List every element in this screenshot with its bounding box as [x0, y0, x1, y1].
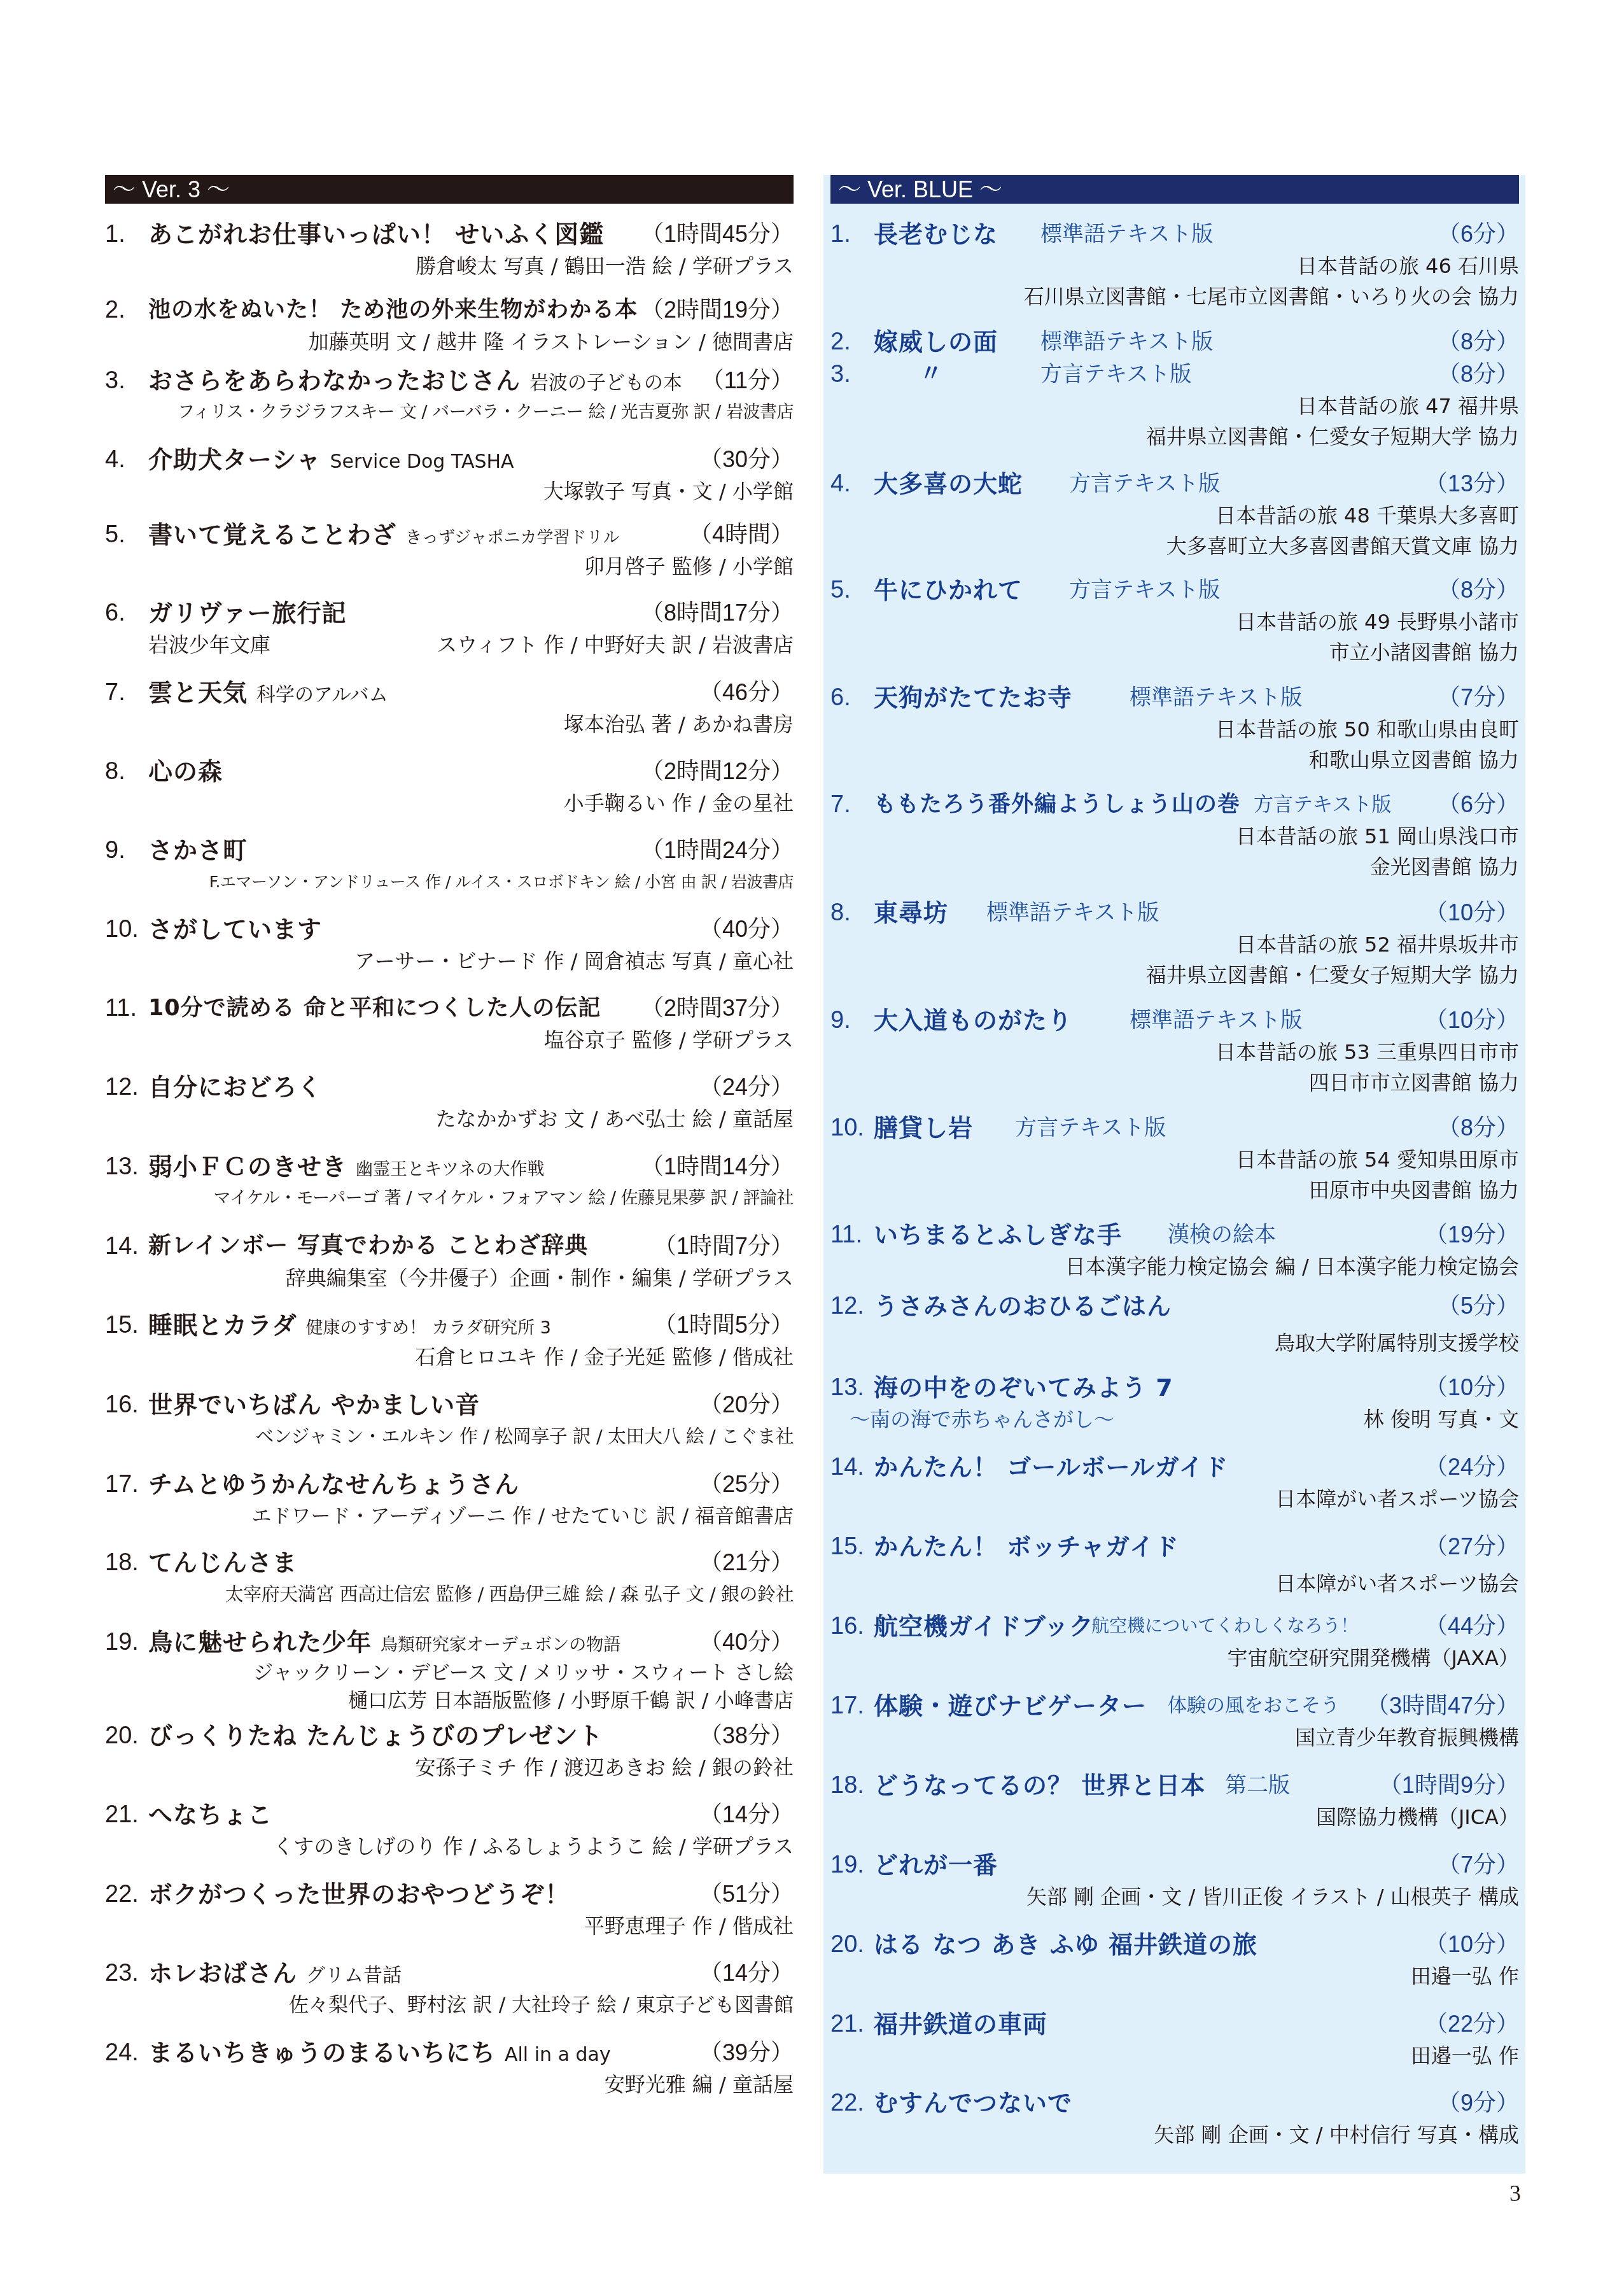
- item-duration: （14分）: [699, 1957, 794, 1990]
- item-credit: 日本昔話の旅 49 長野県小諸市: [830, 607, 1519, 637]
- item-edition: 標準語テキスト版: [1040, 218, 1213, 251]
- item-title: 心の森: [148, 755, 223, 788]
- item-duration: （2時間12分）: [641, 755, 794, 788]
- item-number: 9.: [830, 1004, 851, 1037]
- item-title: ホレおばさんグリム昔話: [148, 1957, 402, 1992]
- item-duration: （10分）: [1425, 896, 1519, 929]
- item-edition: 漢検の絵本: [1168, 1218, 1276, 1251]
- item-duration: （10分）: [1425, 1004, 1519, 1037]
- list-item: 20.はる なつ あき ふゆ 福井鉄道の旅（10分） 田邉一弘 作: [830, 1928, 1519, 1992]
- item-duration: （46分）: [699, 676, 794, 709]
- list-item: 18.てんじんさま（21分） 太宰府天満宮 西高辻信宏 監修 / 西島伊三雄 絵…: [105, 1546, 794, 1610]
- item-title: 海の中をのぞいてみよう 7: [874, 1371, 1173, 1404]
- item-number: 19.: [105, 1626, 139, 1659]
- item-credit: 日本漢字能力検定協会 編 / 日本漢字能力検定協会: [830, 1251, 1519, 1282]
- item-credit: 田邉一弘 作: [830, 1961, 1519, 1992]
- item-duration: （10分）: [1425, 1371, 1519, 1404]
- item-title: まるいちきゅうのまるいちにちAll in a day: [148, 2036, 611, 2072]
- item-subtitle: きっずジャポニカ学習ドリル: [405, 528, 619, 547]
- list-item: 18.どうなってるの？ 世界と日本第二版（1時間9分） 国際協力機構（JICA）: [830, 1769, 1519, 1832]
- list-item: 7.ももたろう番外編ようしょう山の巻方言テキスト版（6分） 日本昔話の旅 51 …: [830, 788, 1519, 882]
- item-duration: （19分）: [1425, 1218, 1519, 1251]
- item-title: 新レインボー 写真でわかる ことわざ辞典: [148, 1230, 588, 1263]
- item-credit: 宇宙航空研究開発機構（JAXA）: [830, 1643, 1519, 1673]
- item-credit: 福井県立図書館・仁愛女子短期大学 協力: [830, 421, 1519, 452]
- page-number: 3: [1509, 2180, 1521, 2207]
- list-item: 12.うさみさんのおひるごはん（5分） 鳥取大学附属特別支援学校: [830, 1290, 1519, 1358]
- item-duration: （44分）: [1425, 1610, 1519, 1643]
- item-number: 3.: [105, 364, 125, 397]
- item-credit: 〜南の海で赤ちゃんさがし〜林 俊明 写真・文: [830, 1404, 1519, 1435]
- item-number: 6.: [105, 596, 125, 629]
- item-duration: （4時間）: [689, 518, 794, 551]
- item-title: むすんでつないで: [874, 2086, 1072, 2120]
- list-item: 5.書いて覚えることわざきっずジャポニカ学習ドリル（4時間） 卯月啓子 監修 /…: [105, 518, 794, 582]
- item-title: 天狗がたてたお寺: [874, 681, 1072, 714]
- item-edition: 方言テキスト版: [1254, 788, 1391, 821]
- item-duration: （1時間5分）: [654, 1309, 794, 1342]
- item-credit: 石倉ヒロユキ 作 / 金子光延 監修 / 偕成社: [105, 1342, 794, 1372]
- list-item: 22.ボクがつくった世界のおやつどうぞ！（51分） 平野恵理子 作 / 偕成社: [105, 1878, 794, 1941]
- item-credit: 国際協力機構（JICA）: [830, 1802, 1519, 1832]
- item-edition: 標準語テキスト版: [1130, 1004, 1302, 1037]
- item-edition: 標準語テキスト版: [1040, 325, 1213, 358]
- item-title: 航空機ガイドブック: [874, 1610, 1094, 1643]
- item-duration: （40分）: [699, 913, 794, 946]
- item-duration: （11分）: [701, 364, 794, 397]
- item-duration: （3時間47分）: [1366, 1689, 1519, 1722]
- item-title: 福井鉄道の車両: [874, 2007, 1047, 2041]
- item-title: どうなってるの？ 世界と日本: [874, 1769, 1205, 1802]
- item-number: 18.: [105, 1546, 139, 1579]
- item-duration: （6分）: [1438, 788, 1519, 821]
- item-number: 17.: [105, 1468, 139, 1501]
- item-duration: （25分）: [699, 1468, 794, 1501]
- list-item: 3.おさらをあらわなかったおじさん岩波の子どもの本（11分） フィリス・クラジラ…: [105, 364, 794, 428]
- item-credit: 日本昔話の旅 54 愛知県田原市: [830, 1144, 1519, 1175]
- item-number: 14.: [830, 1451, 864, 1484]
- list-item: 11.10分で読める 命と平和につくした人の伝記（2時間37分） 塩谷京子 監修…: [105, 992, 794, 1055]
- item-title: 大多喜の大蛇: [874, 467, 1023, 500]
- item-number: 21.: [105, 1798, 139, 1831]
- item-credit: 安孫子ミチ 作 / 渡辺あきお 絵 / 銀の鈴社: [105, 1752, 794, 1783]
- item-credit: たなかかずお 文 / あべ弘士 絵 / 童話屋: [105, 1104, 794, 1134]
- item-credit: 樋口広芳 日本語版監修 / 小野原千鶴 訳 / 小峰書店: [105, 1687, 794, 1715]
- item-edition: 第二版: [1225, 1769, 1290, 1802]
- item-number: 12.: [105, 1071, 139, 1104]
- item-duration: （9分）: [1438, 2086, 1519, 2120]
- item-number: 10.: [105, 913, 139, 946]
- item-title: へなちょこ: [148, 1798, 272, 1831]
- item-subtitle: 幽霊王とキツネの大作戦: [356, 1160, 544, 1179]
- item-number: 13.: [105, 1150, 139, 1183]
- item-duration: （5分）: [1438, 1290, 1519, 1323]
- list-item: 13.弱小ＦＣのきせき幽霊王とキツネの大作戦（1時間14分） マイケル・モーパー…: [105, 1150, 794, 1214]
- item-number: 22.: [105, 1878, 139, 1911]
- item-number: 1.: [105, 218, 125, 251]
- list-item: 8.東尋坊標準語テキスト版（10分） 日本昔話の旅 52 福井県坂井市 福井県立…: [830, 896, 1519, 990]
- item-subtitle: 岩波の子どもの本: [529, 372, 682, 394]
- item-duration: （38分）: [699, 1719, 794, 1752]
- item-number: 2.: [105, 293, 125, 327]
- list-item: 20.びっくりたね たんじょうびのプレゼント（38分） 安孫子ミチ 作 / 渡辺…: [105, 1719, 794, 1783]
- item-number: 3.: [830, 358, 851, 391]
- section-header-ver-blue: 〜 Ver. BLUE 〜: [830, 175, 1519, 204]
- item-credit: 安野光雅 編 / 童話屋: [105, 2069, 794, 2100]
- item-duration: （24分）: [699, 1071, 794, 1104]
- item-credit: フィリス・クラジラフスキー 文 / バーバラ・クーニー 絵 / 光吉夏弥 訳 /…: [105, 397, 794, 428]
- item-title: はる なつ あき ふゆ 福井鉄道の旅: [874, 1928, 1257, 1961]
- item-title: 体験・遊びナビゲーター: [874, 1689, 1147, 1722]
- item-duration: （7分）: [1438, 1848, 1519, 1881]
- item-credit: 日本昔話の旅 48 千葉県大多喜町: [830, 500, 1519, 531]
- item-duration: （20分）: [699, 1388, 794, 1421]
- ditto-mark: 〃: [920, 358, 942, 391]
- item-number: 23.: [105, 1957, 139, 1990]
- item-title: 世界でいちばん やかましい音: [148, 1388, 480, 1421]
- item-title: 膳貸し岩: [874, 1111, 973, 1144]
- item-subtitle: 健康のすすめ！ カラダ研究所 3: [306, 1318, 551, 1338]
- item-edition: 標準語テキスト版: [986, 896, 1159, 929]
- item-duration: （1時間7分）: [654, 1230, 794, 1263]
- list-item: 19.どれが一番（7分） 矢部 剛 企画・文 / 皆川正俊 イラスト / 山根英…: [830, 1848, 1519, 1912]
- item-duration: （1時間9分）: [1379, 1769, 1519, 1802]
- item-number: 4.: [830, 467, 851, 500]
- item-credit: 大塚敦子 写真・文 / 小学館: [105, 476, 794, 507]
- item-title: 長老むじな: [874, 218, 998, 251]
- item-edition: 方言テキスト版: [1069, 573, 1220, 607]
- item-title: さがしています: [148, 913, 322, 946]
- item-credit: 卯月啓子 監修 / 小学館: [105, 551, 794, 582]
- list-item: 17.チムとゆうかんなせんちょうさん（25分） エドワード・アーディゾーニ 作 …: [105, 1468, 794, 1531]
- item-credit: 塚本治弘 著 / あかね書房: [105, 709, 794, 740]
- item-subtitle: グリム昔話: [306, 1964, 402, 1986]
- item-credit: 日本昔話の旅 51 岡山県浅口市: [830, 821, 1519, 852]
- item-credit: マイケル・モーパーゴ 著 / マイケル・フォアマン 絵 / 佐藤見果夢 訳 / …: [105, 1183, 794, 1214]
- list-item: 4.介助犬ターシャService Dog TASHA（30分） 大塚敦子 写真・…: [105, 443, 794, 507]
- item-duration: （2時間37分）: [641, 992, 794, 1025]
- list-item: 14.新レインボー 写真でわかる ことわざ辞典（1時間7分） 辞典編集室（今井優…: [105, 1230, 794, 1293]
- item-duration: （40分）: [699, 1626, 794, 1659]
- item-title: 鳥に魅せられた少年鳥類研究家オーデュボンの物語: [148, 1626, 620, 1662]
- list-item: 12.自分におどろく（24分） たなかかずお 文 / あべ弘士 絵 / 童話屋: [105, 1071, 794, 1134]
- item-number: 24.: [105, 2036, 139, 2069]
- list-item: 16.世界でいちばん やかましい音（20分） ベンジャミン・エルキン 作 / 松…: [105, 1388, 794, 1452]
- list-item: 24.まるいちきゅうのまるいちにちAll in a day（39分） 安野光雅 …: [105, 2036, 794, 2100]
- item-edition: 標準語テキスト版: [1130, 681, 1302, 714]
- list-item: 15.かんたん！ ボッチャガイド（27分） 日本障がい者スポーツ協会: [830, 1530, 1519, 1599]
- list-item: 1.あこがれお仕事いっぱい！ せいふく図鑑（1時間45分） 勝倉峻太 写真 / …: [105, 218, 794, 281]
- item-title: うさみさんのおひるごはん: [874, 1290, 1172, 1323]
- item-title: おさらをあらわなかったおじさん岩波の子どもの本: [148, 364, 682, 400]
- item-title: 睡眠とカラダ健康のすすめ！ カラダ研究所 3: [148, 1309, 551, 1345]
- item-title: チムとゆうかんなせんちょうさん: [148, 1468, 519, 1501]
- item-credit: 勝倉峻太 写真 / 鶴田一浩 絵 / 学研プラス: [105, 251, 794, 281]
- item-subtitle: 〜南の海で赤ちゃんさがし〜: [850, 1404, 1114, 1435]
- item-number: 2.: [830, 325, 851, 358]
- list-item: 5.牛にひかれて方言テキスト版（8分） 日本昔話の旅 49 長野県小諸市 市立小…: [830, 573, 1519, 668]
- item-credit: 四日市市立図書館 協力: [830, 1067, 1519, 1098]
- item-title: 弱小ＦＣのきせき幽霊王とキツネの大作戦: [148, 1150, 544, 1186]
- item-edition: 方言テキスト版: [1040, 358, 1191, 391]
- series-name: 岩波少年文庫: [148, 629, 270, 660]
- item-title: てんじんさま: [148, 1546, 297, 1579]
- item-credit: F.エマーソン・アンドリュース 作 / ルイス・スロボドキン 絵 / 小宮 由 …: [105, 867, 794, 897]
- item-subtitle: 科学のアルバム: [256, 684, 388, 706]
- item-duration: （1時間24分）: [641, 834, 794, 867]
- item-subtitle: Service Dog TASHA: [330, 451, 514, 473]
- item-title: ももたろう番外編ようしょう山の巻: [874, 788, 1240, 821]
- item-credit: 福井県立図書館・仁愛女子短期大学 協力: [830, 960, 1519, 990]
- item-credit: 日本昔話の旅 52 福井県坂井市: [830, 929, 1519, 960]
- list-item: 6.ガリヴァー旅行記（8時間17分） 岩波少年文庫スウィフト 作 / 中野好夫 …: [105, 596, 794, 660]
- item-credit: 小手鞠るい 作 / 金の星社: [105, 788, 794, 819]
- item-duration: （39分）: [699, 2036, 794, 2069]
- item-title: ボクがつくった世界のおやつどうぞ！: [148, 1878, 570, 1911]
- item-number: 11.: [830, 1218, 862, 1251]
- list-item: 17.体験・遊びナビゲーター体験の風をおこそう（3時間47分） 国立青少年教育振…: [830, 1689, 1519, 1753]
- item-edition: 方言テキスト版: [1015, 1111, 1166, 1144]
- item-credit: 市立小諸図書館 協力: [830, 637, 1519, 668]
- item-number: 13.: [830, 1371, 864, 1404]
- item-duration: （8時間17分）: [641, 596, 794, 629]
- list-item: 1.長老むじな標準語テキスト版（6分） 日本昔話の旅 46 石川県 石川県立図書…: [830, 218, 1519, 312]
- item-edition: 航空機についてくわしくなろう！: [1091, 1610, 1358, 1643]
- list-item: 19.鳥に魅せられた少年鳥類研究家オーデュボンの物語（40分） ジャックリーン・…: [105, 1626, 794, 1715]
- list-item: 4.大多喜の大蛇方言テキスト版（13分） 日本昔話の旅 48 千葉県大多喜町 大…: [830, 467, 1519, 561]
- item-duration: （1時間45分）: [641, 218, 794, 251]
- item-number: 20.: [105, 1719, 139, 1752]
- item-credit: 国立青少年教育振興機構: [830, 1722, 1519, 1753]
- list-item: 8.心の森（2時間12分） 小手鞠るい 作 / 金の星社: [105, 755, 794, 819]
- list-item: 22.むすんでつないで（9分） 矢部 剛 企画・文 / 中村信行 写真・構成: [830, 2086, 1519, 2150]
- item-title: ガリヴァー旅行記: [148, 596, 347, 629]
- item-number: 12.: [830, 1290, 864, 1323]
- item-title: どれが一番: [874, 1848, 998, 1881]
- item-credit: 石川県立図書館・七尾市立図書館・いろり火の会 協力: [830, 281, 1519, 312]
- item-number: 14.: [105, 1230, 139, 1263]
- item-number: 4.: [105, 443, 125, 476]
- item-number: 8.: [830, 896, 851, 929]
- item-title: 10分で読める 命と平和につくした人の伝記: [148, 992, 601, 1025]
- item-number: 15.: [105, 1309, 139, 1342]
- item-credit: 辞典編集室（今井優子）企画・制作・編集 / 学研プラス: [105, 1263, 794, 1293]
- item-title: 大入道ものがたり: [874, 1004, 1072, 1037]
- item-subtitle: All in a day: [505, 2044, 611, 2066]
- list-item: 21.福井鉄道の車両（22分） 田邉一弘 作: [830, 2007, 1519, 2071]
- list-item: 13.海の中をのぞいてみよう 7（10分） 〜南の海で赤ちゃんさがし〜林 俊明 …: [830, 1371, 1519, 1435]
- list-item: 6.天狗がたてたお寺標準語テキスト版（7分） 日本昔話の旅 50 和歌山県由良町…: [830, 681, 1519, 775]
- list-item: 15.睡眠とカラダ健康のすすめ！ カラダ研究所 3（1時間5分） 石倉ヒロユキ …: [105, 1309, 794, 1372]
- list-item: 7.雲と天気科学のアルバム（46分） 塚本治弘 著 / あかね書房: [105, 676, 794, 740]
- item-duration: （10分）: [1425, 1928, 1519, 1961]
- item-number: 8.: [105, 755, 125, 788]
- item-credit: 日本障がい者スポーツ協会: [830, 1568, 1519, 1599]
- item-number: 21.: [830, 2007, 864, 2041]
- item-credit: 和歌山県立図書館 協力: [830, 745, 1519, 775]
- list-item: 14.かんたん！ ゴールボールガイド（24分） 日本障がい者スポーツ協会: [830, 1451, 1519, 1514]
- item-duration: （7分）: [1438, 681, 1519, 714]
- item-duration: （8分）: [1438, 573, 1519, 607]
- item-number: 20.: [830, 1928, 864, 1961]
- item-title: 池の水をぬいた！ ため池の外来生物がわかる本: [148, 293, 638, 327]
- item-credit: アーサー・ビナード 作 / 岡倉禎志 写真 / 童心社: [105, 946, 794, 976]
- item-credit: 矢部 剛 企画・文 / 中村信行 写真・構成: [830, 2120, 1519, 2150]
- section-header-ver3: 〜 Ver. 3 〜: [105, 175, 794, 204]
- item-number: 10.: [830, 1111, 864, 1144]
- item-duration: （27分）: [1425, 1530, 1519, 1563]
- item-duration: （6分）: [1438, 218, 1519, 251]
- item-title: いちまるとふしぎな手: [874, 1218, 1122, 1251]
- item-number: 15.: [830, 1530, 864, 1563]
- list-item: 16.航空機ガイドブック航空機についてくわしくなろう！（44分） 宇宙航空研究開…: [830, 1610, 1519, 1673]
- item-duration: （22分）: [1425, 2007, 1519, 2041]
- item-credit: 太宰府天満宮 西高辻信宏 監修 / 西島伊三雄 絵 / 森 弘子 文 / 銀の鈴…: [105, 1579, 794, 1610]
- item-duration: （2時間19分）: [641, 293, 794, 327]
- item-number: 9.: [105, 834, 125, 867]
- item-credit: 加藤英明 文 / 越井 隆 イラストレーション / 徳間書店: [105, 327, 794, 357]
- item-title: 書いて覚えることわざきっずジャポニカ学習ドリル: [148, 518, 619, 554]
- list-item: 11.いちまるとふしぎな手漢検の絵本（19分） 日本漢字能力検定協会 編 / 日…: [830, 1218, 1519, 1282]
- list-item: 3.〃方言テキスト版（8分） 日本昔話の旅 47 福井県 福井県立図書館・仁愛女…: [830, 358, 1519, 452]
- item-credit: 塩谷京子 監修 / 学研プラス: [105, 1025, 794, 1055]
- item-edition: 体験の風をおこそう: [1168, 1689, 1340, 1722]
- item-credit: 岩波少年文庫スウィフト 作 / 中野好夫 訳 / 岩波書店: [105, 629, 794, 660]
- item-number: 11.: [105, 992, 137, 1025]
- item-number: 5.: [830, 573, 851, 607]
- item-title: 自分におどろく: [148, 1071, 322, 1104]
- item-duration: （8分）: [1438, 358, 1519, 391]
- item-credit: 金光図書館 協力: [830, 852, 1519, 882]
- item-number: 19.: [830, 1848, 864, 1881]
- item-credit: エドワード・アーディゾーニ 作 / せたていじ 訳 / 福音館書店: [105, 1501, 794, 1531]
- item-duration: （30分）: [699, 443, 794, 476]
- item-duration: （14分）: [699, 1798, 794, 1831]
- list-item: 9.さかさ町（1時間24分） F.エマーソン・アンドリュース 作 / ルイス・ス…: [105, 834, 794, 897]
- item-number: 1.: [830, 218, 851, 251]
- item-credit: 田原市中央図書館 協力: [830, 1175, 1519, 1206]
- item-credit: 日本昔話の旅 47 福井県: [830, 391, 1519, 421]
- item-subtitle: 鳥類研究家オーデュボンの物語: [381, 1635, 620, 1655]
- item-duration: （51分）: [699, 1878, 794, 1911]
- item-title: かんたん！ ゴールボールガイド: [874, 1451, 1229, 1484]
- item-duration: （13分）: [1425, 467, 1519, 500]
- item-duration: （1時間14分）: [641, 1150, 794, 1183]
- item-title: 牛にひかれて: [874, 573, 1023, 607]
- item-number: 22.: [830, 2086, 864, 2120]
- item-credit: ベンジャミン・エルキン 作 / 松岡享子 訳 / 太田大八 絵 / こぐま社: [105, 1421, 794, 1452]
- item-credit: 大多喜町立大多喜図書館天賞文庫 協力: [830, 531, 1519, 561]
- item-title: 東尋坊: [874, 896, 948, 929]
- item-number: 17.: [830, 1689, 864, 1722]
- item-credit: 日本障がい者スポーツ協会: [830, 1484, 1519, 1514]
- item-number: 7.: [830, 788, 851, 821]
- list-item: 10.膳貸し岩方言テキスト版（8分） 日本昔話の旅 54 愛知県田原市 田原市中…: [830, 1111, 1519, 1206]
- item-title: あこがれお仕事いっぱい！ せいふく図鑑: [148, 218, 604, 251]
- item-number: 6.: [830, 681, 851, 714]
- item-credit: 平野恵理子 作 / 偕成社: [105, 1911, 794, 1941]
- list-item: 9.大入道ものがたり標準語テキスト版（10分） 日本昔話の旅 53 三重県四日市…: [830, 1004, 1519, 1098]
- list-item: 21.へなちょこ（14分） くすのきしげのり 作 / ふるしょうようこ 絵 / …: [105, 1798, 794, 1862]
- item-title: かんたん！ ボッチャガイド: [874, 1530, 1179, 1563]
- item-duration: （21分）: [699, 1546, 794, 1579]
- item-number: 16.: [105, 1388, 139, 1421]
- item-title: さかさ町: [148, 834, 248, 867]
- item-duration: （8分）: [1438, 325, 1519, 358]
- item-duration: （24分）: [1425, 1451, 1519, 1484]
- item-credit: 日本昔話の旅 50 和歌山県由良町: [830, 714, 1519, 745]
- list-item: 2.池の水をぬいた！ ため池の外来生物がわかる本（2時間19分） 加藤英明 文 …: [105, 293, 794, 357]
- item-credit: 日本昔話の旅 46 石川県: [830, 251, 1519, 281]
- item-title: 介助犬ターシャService Dog TASHA: [148, 443, 514, 479]
- item-credit: 田邉一弘 作: [830, 2041, 1519, 2071]
- item-title: びっくりたね たんじょうびのプレゼント: [148, 1719, 603, 1752]
- item-edition: 方言テキスト版: [1069, 467, 1220, 500]
- item-number: 5.: [105, 518, 125, 551]
- item-credit: 日本昔話の旅 53 三重県四日市市: [830, 1037, 1519, 1067]
- item-credit: くすのきしげのり 作 / ふるしょうようこ 絵 / 学研プラス: [105, 1831, 794, 1862]
- item-number: 7.: [105, 676, 125, 709]
- item-credit: ジャックリーン・デビース 文 / メリッサ・スウィート さし絵: [105, 1659, 794, 1687]
- item-credit: 鳥取大学附属特別支援学校: [830, 1328, 1519, 1358]
- item-title: 雲と天気科学のアルバム: [148, 676, 388, 712]
- list-item: 23.ホレおばさんグリム昔話（14分） 佐々梨代子、野村泫 訳 / 大社玲子 絵…: [105, 1957, 794, 2020]
- list-item: 10.さがしています（40分） アーサー・ビナード 作 / 岡倉禎志 写真 / …: [105, 913, 794, 976]
- list-item: 2.嫁威しの面標準語テキスト版（8分）: [830, 325, 1519, 358]
- item-number: 16.: [830, 1610, 864, 1643]
- item-credit: 矢部 剛 企画・文 / 皆川正俊 イラスト / 山根英子 構成: [830, 1881, 1519, 1912]
- item-duration: （8分）: [1438, 1111, 1519, 1144]
- item-credit: 佐々梨代子、野村泫 訳 / 大社玲子 絵 / 東京子ども図書館: [105, 1990, 794, 2020]
- item-number: 18.: [830, 1769, 864, 1802]
- item-title: 嫁威しの面: [874, 325, 998, 358]
